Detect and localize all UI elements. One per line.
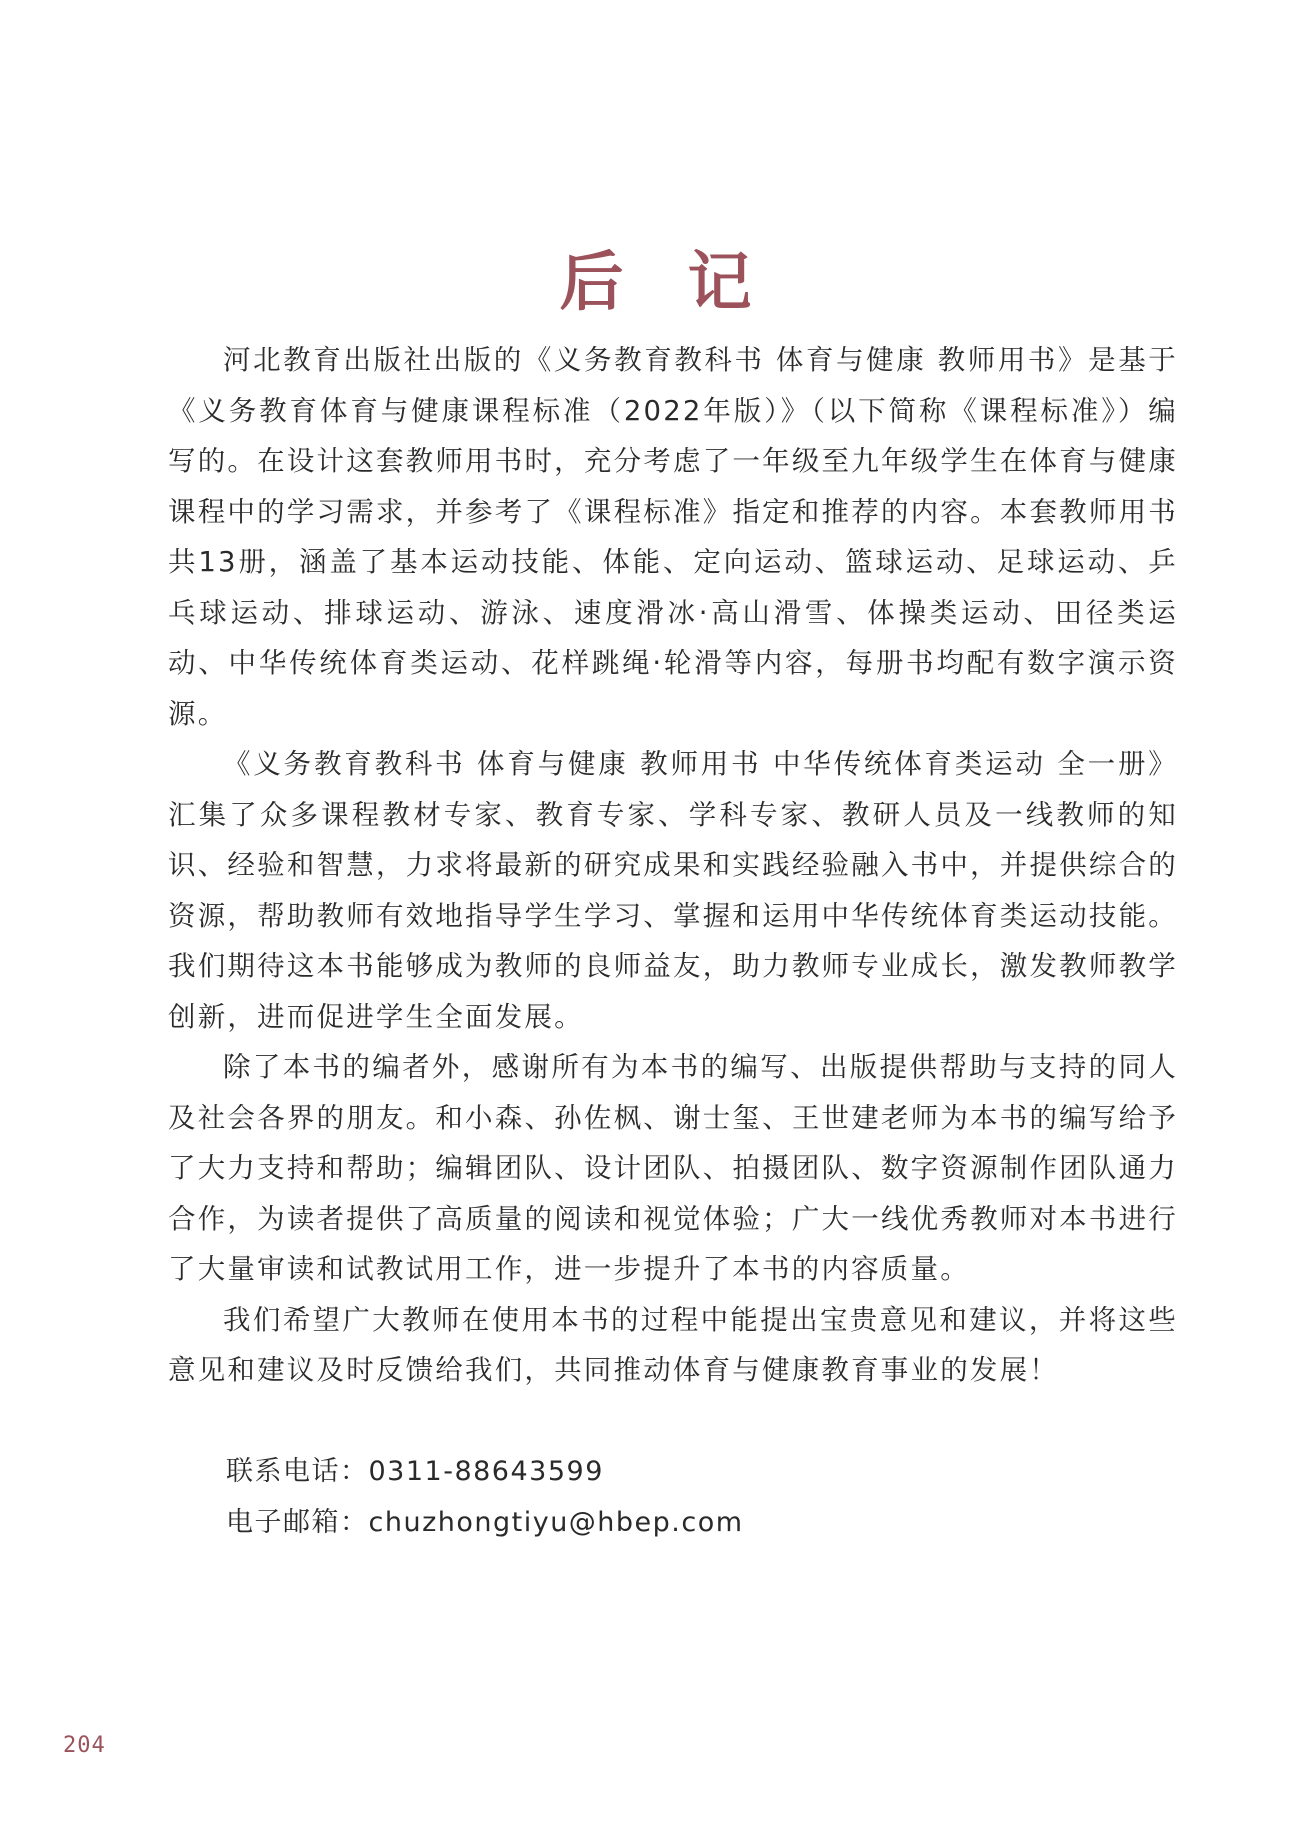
afterword-body: 河北教育出版社出版的《义务教育教科书 体育与健康 教师用书》是基于《义务教育体育… [168,335,1178,1396]
document-page: 后记 河北教育出版社出版的《义务教育教科书 体育与健康 教师用书》是基于《义务教… [0,0,1311,1842]
email-label: 电子邮箱： [226,1507,369,1538]
paragraph-2: 《义务教育教科书 体育与健康 教师用书 中华传统体育类运动 全一册》汇集了众多课… [168,739,1178,1042]
email-address: chuzhongtiyu@hbep.com [369,1507,744,1538]
phone-label: 联系电话： [226,1456,369,1487]
page-number: 204 [63,1733,106,1758]
phone-number: 0311-88643599 [369,1456,604,1487]
paragraph-1: 河北教育出版社出版的《义务教育教科书 体育与健康 教师用书》是基于《义务教育体育… [168,335,1178,739]
contact-info: 联系电话：0311-88643599 电子邮箱：chuzhongtiyu@hbe… [226,1446,744,1548]
phone-row: 联系电话：0311-88643599 [226,1446,744,1497]
paragraph-4: 我们希望广大教师在使用本书的过程中能提出宝贵意见和建议，并将这些意见和建议及时反… [168,1295,1178,1396]
page-title: 后记 [0,243,1311,323]
paragraph-3: 除了本书的编者外，感谢所有为本书的编写、出版提供帮助与支持的同人及社会各界的朋友… [168,1042,1178,1295]
email-row: 电子邮箱：chuzhongtiyu@hbep.com [226,1497,744,1548]
